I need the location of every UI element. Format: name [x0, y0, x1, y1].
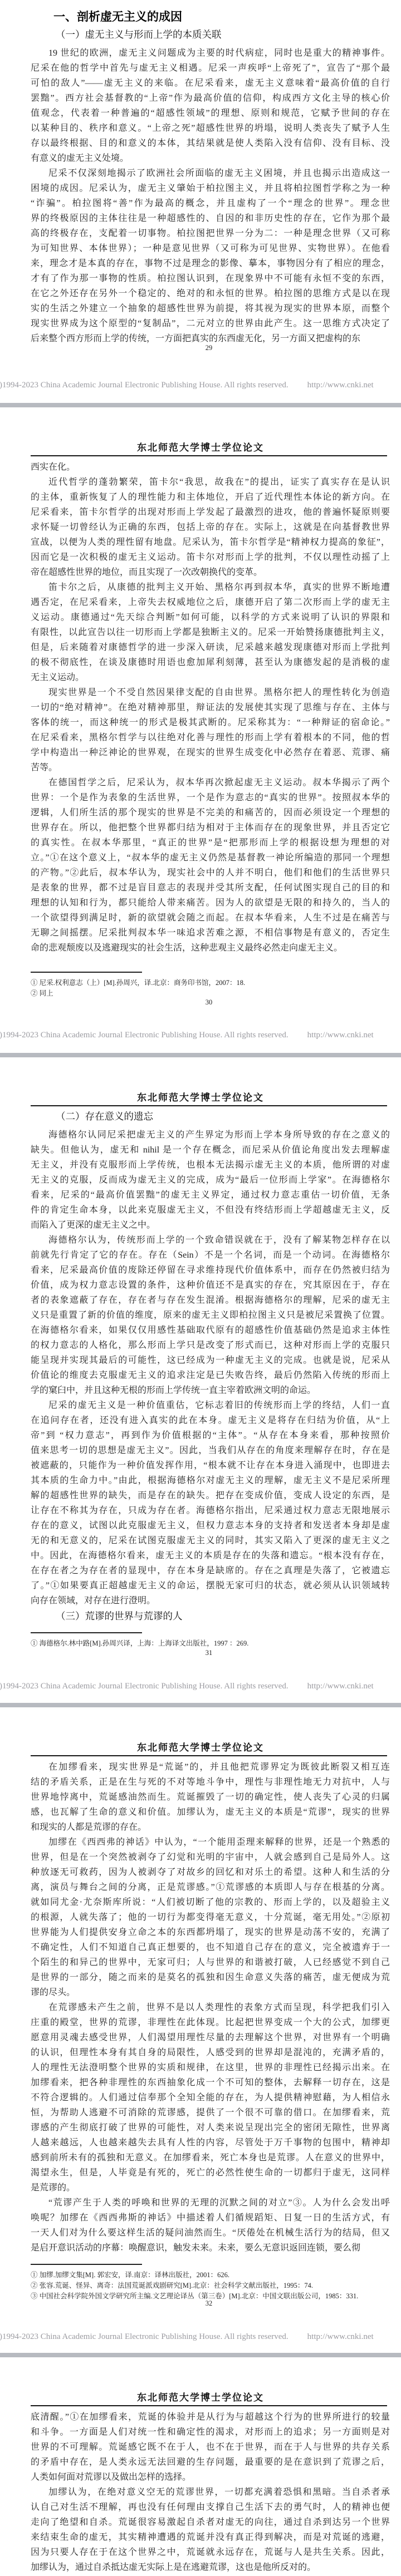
- text-line: 了。”①如果要真正超越虚无主义的命运，摆脱无家可归的状态，就必须从认识领域转: [31, 1578, 390, 1593]
- paragraph: 海德格尔认同尼采把虚无主义的产生界定为形而上学本身所导致的存在之意义的缺失。但他…: [31, 1127, 390, 1233]
- text-line: 无主义，并没有克服形而上学传统，也根本无法揭示虚无主义的本质，他所谓的对虚: [31, 1158, 390, 1173]
- text-line: 学的窠臼中，并且这种无根的形而上学传统一直主宰着欧洲文明的命运。: [31, 1383, 390, 1398]
- page-number: 31: [31, 1649, 387, 1657]
- page-header-title: 东北师范大学博士学位论文: [0, 1742, 401, 1754]
- watermark-text: (C)1994-2023 China Academic Journal Elec…: [0, 1031, 288, 1040]
- text-line: 加缪看来，把各种非理性的东西抽象化成一个不可知的整体，去解释一切存在，这是: [31, 2075, 390, 2090]
- watermark-text: (C)1994-2023 China Academic Journal Elec…: [0, 381, 288, 390]
- text-line: 学中构造出一种泛神论的世界观，在现实的世界生成变化中必然存在着恶、荒谬、痛: [31, 745, 390, 760]
- text-line: 在荒谬感未产生之前，世界不是以人类理性的表象方式而呈现，科学把我们引入: [31, 2000, 390, 2015]
- text-line: 价值，成为权力意志设置的条件，这种价值还不是真实的存在，究其原因在于，存在: [31, 1278, 390, 1293]
- text-line: 一切的“绝对精神”。在绝对精神那里，辩证法的发展使其实现了思维与存在、主体与: [31, 700, 390, 715]
- document-page: 东北师范大学博士学位论文在加缪看来，现实世界是“荒诞”的，并且他把荒谬界定为既彼…: [0, 1707, 401, 2353]
- text-line: 的权力意志的人格化，那么形而上学只是改变了形式而已，这种对形而上学的克服只: [31, 1338, 390, 1353]
- watermark-text: (C)1994-2023 China Academic Journal Elec…: [0, 1682, 288, 1691]
- document-page: 一、剖析虚无主义的成因（一）虚无主义与形而上学的本质关联19 世纪的欧洲，虚无主…: [0, 0, 401, 403]
- text-line: 义运动。康德通过“先天综合判断”如何可能，以科学的方式来说明了认识的界限和: [31, 610, 390, 625]
- text-line: 存以最终根据、目的和意义的本体，其结果就是使人类陷入没有信仰、没有目标、没: [31, 136, 390, 151]
- text-line: 感到前所未有的孤独和无意义。在加缪看来，死亡本身也是荒谬。人在意义的世界中，: [31, 2150, 390, 2165]
- text-line: 是荒谬的。: [31, 2180, 390, 2195]
- text-line: 立。”①在这个意义上，“叔本华的虚无主义仍然是基督教一神论所编造的那同一个理想: [31, 850, 390, 865]
- text-line: 19 世纪的欧洲，虚无主义问题成为主要的时代病症，同时也是重大的精神事件。: [31, 46, 390, 61]
- footnote: ① 海德格尔.林中路[M].孙周兴译，上海：上海译文出版社，1997 ：269.: [31, 1638, 390, 1649]
- watermark-url: http://www.cnki.net: [307, 381, 374, 390]
- text-line: 在德国哲学之后，尼采认为，叔本华再次掀起虚无主义运动。叔本华揭示了两个: [31, 775, 390, 790]
- text-line: 有意义的虚无主义处境。: [31, 151, 390, 166]
- text-line: 而陷入了更深的虚无主义之中。: [31, 1218, 390, 1233]
- text-line: 无主义运动。: [31, 670, 390, 685]
- watermark-url: http://www.cnki.net: [307, 1682, 374, 1691]
- footnote-rule: [31, 1632, 142, 1633]
- text-line: 是表象的世界，都不过是盲目意志的表现并受其所支配，任何试图实现自己的目的和: [31, 880, 390, 895]
- footnote-rule: [31, 972, 142, 973]
- text-line: 加缪认为，在绝对意义空无的荒谬世界，一切都充满着恐惧和黑暗。当自杀者承: [31, 2485, 390, 2500]
- text-line: 世界地悖离中，荒诞感油然而生。荒诞摧毁了一切的确定性，使人丧失了心灵的归属: [31, 1790, 390, 1805]
- page-header-title: 东北师范大学博士学位论文: [0, 1092, 401, 1104]
- text-line: 不符合逻辑的。人们通过信奉那个全知全能的存在，为人提供精神慰藉，为人相信永: [31, 2090, 390, 2105]
- text-line: 世界，但是在一个突然被剥夺了幻觉和光明的宇宙中，人就会感到自己是局外人。这: [31, 1850, 390, 1865]
- section-heading: （一）虚无主义与形而上学的本质关联: [56, 28, 401, 41]
- text-line: 底清醒。”①在加缪看来，荒诞的体验并是从行为与超越这个行为的世界所进行的较量: [31, 2410, 390, 2425]
- paragraph: 19 世纪的欧洲，虚无主义问题成为主要的时代病症，同时也是重大的精神事件。尼采在…: [31, 46, 390, 166]
- text-line: 尼采在他的哲学中首先与虚无主义相遇。尼采一声疾呼“上帝死了”，宣告了“那个最: [31, 61, 390, 76]
- text-line: 理想的认知和行为，都只能给人带来痛苦。因为人的欲望是无限的和持久的，当人的: [31, 895, 390, 910]
- text-line: 的产物。”②此后，叔本华认为，现实社会中的人并不明白，他们和他们的生活世界只: [31, 865, 390, 880]
- document-page: 东北师范大学博士学位论文（二）存在意义的遗忘海德格尔认同尼采把虚无主义的产生界定…: [0, 1057, 401, 1703]
- text-line: 不确定性，人们不知道自己真正想要的，也不知道自己存在的意义，完全被遗弃于一: [31, 1940, 390, 1955]
- text-line: 的真实性。在叔本华那里，“真正的世界”是“把那形而上学的根据设想为理想的对: [31, 835, 390, 850]
- watermark-text: (C)1994-2023 China Academic Journal Elec…: [0, 2332, 288, 2341]
- page-separator: [0, 1053, 401, 1057]
- text-line: 在加缪看来，现实世界是“荒诞”的，并且他把荒谬界定为既彼此断裂又相互连: [31, 1760, 390, 1775]
- page-separator: [0, 403, 401, 407]
- paragraph: 在德国哲学之后，尼采认为，叔本华再次掀起虚无主义运动。叔本华揭示了两个世界：一个…: [31, 775, 390, 955]
- paragraph: 尼采的虚无主义是一种价值重估，它标志着旧的传统形而上学的终结，人们一直在追问存在…: [31, 1398, 390, 1608]
- page-number: 29: [31, 344, 387, 352]
- text-line: 个陌生的和异己的世界中，无家可归；人与世界的和谐被打破，人已经感觉不到自己: [31, 1955, 390, 1970]
- text-line: 海德格尔认同尼采把虚无主义的产生界定为形而上学本身所导致的存在之意义的: [31, 1127, 390, 1142]
- cnki-watermark: (C)1994-2023 China Academic Journal Elec…: [0, 2332, 374, 2342]
- document-page: 东北师范大学博士学位论文西实在化。近代哲学的蓬勃繁荣，笛卡尔“我思，故我在”的提…: [0, 407, 401, 1053]
- text-line: 就如同尤金·尤奈斯库所说：“人们被切断了他的宗教的、形而上学的，以及超验主义: [31, 1895, 390, 1910]
- text-line: 的矛盾中存在，是人类永远无法回避的生存问题，最重要的是在意识到了荒谬之后，: [31, 2455, 390, 2470]
- text-line: 人类如何面对荒谬以及做出怎样的选择。: [31, 2470, 390, 2485]
- paragraph: 底清醒。”①在加缪看来，荒诞的体验并是从行为与超越这个行为的世界所进行的较量和斗…: [31, 2410, 390, 2485]
- paragraph: 在加缪看来，现实世界是“荒诞”的，并且他把荒谬界定为既彼此断裂又相互连结的矛盾关…: [31, 1760, 390, 1835]
- text-line: 现实世界成为这个原型的“复制品”，二元对立的世界由此产生。这一思维方式决定了: [31, 316, 390, 331]
- text-line: 帝在超感性世界的地位，而且实现了一次改朝换代的变革。: [31, 565, 390, 580]
- text-line: 逻辑，人们所生活的那个现实的世界是不完美的和痛苦的，因而必须设定一个理想的: [31, 805, 390, 820]
- text-line: 是世界的一部分，随之而来的是莫名的孤独和因生命意义失落的痛苦，虚无便成为荒: [31, 1970, 390, 1985]
- text-line: 加缪认为，通过自杀抵达虚无实际上是在逃避荒谬，这也是他所反对的。: [31, 2560, 390, 2575]
- text-line: 谬感的产生彻底打破了世界的可能性，对人类来说呈现出完全的密闭无隙性，世界离: [31, 2120, 390, 2135]
- cnki-watermark: (C)1994-2023 China Academic Journal Elec…: [0, 1682, 374, 1691]
- text-line: 无主义的克服，反而成为虚无主义的完成，成为“最后一位形而上学家”。在海德格尔: [31, 1173, 390, 1188]
- cnki-watermark: (C)1994-2023 China Academic Journal Elec…: [0, 1031, 374, 1040]
- text-line: 才有了作为那一事物的性质。柏拉图认识到，在现象界中不可能有永恒不变的东西，: [31, 271, 390, 286]
- text-line: 的极不彻底性，在谈及康德时用语也愈加犀利刻薄，甚至认为康德发起的是消极的虚: [31, 655, 390, 670]
- text-line: “诈骗”。柏拉图将“善”作为最高的概念，并且虚构了一个“理念的世界”。理念世: [31, 196, 390, 211]
- text-line: 一个欲望得到满足时，新的欲望就会随之而起。在叔本华看来，人生不过是在痛苦与: [31, 910, 390, 925]
- text-line: 让存在不称其为存在，只成为存在者。海德格尔指出，尼采通过权力意志无限地展示: [31, 1503, 390, 1518]
- text-line: 唤呢？加缪在《西西弗斯的神话》中描述着人们循规蹈矩、日复一日的生活方式，有: [31, 2210, 390, 2225]
- text-line: 种放逐无可救药，因为人被剥夺了对故乡的回忆和对乐土的希望。这种人和生活的分: [31, 1865, 390, 1880]
- text-line: 海德格尔认为，传统形而上学的一个致命错误就在于，没有了解某物怎样存在以: [31, 1233, 390, 1248]
- text-line: 罢黜”。西方社会基督教的“上帝”作为最高价值的信仰，构成西方文化主导的核心价: [31, 91, 390, 106]
- text-line: 在它之外还存在另外一个稳定的、绝对的和永恒的世界。柏拉图的思维方式是以在现: [31, 286, 390, 301]
- text-line: 加缪在《西西弗的神话》中认为，“一个能用歪理来解释的世界，还是一个熟悉的: [31, 1835, 390, 1850]
- text-line: 的根源，人就失落了；他的一切行为都变得毫无意义，十分荒诞，毫无用处。”②原初: [31, 1910, 390, 1925]
- text-line: 世界存在。所以，他把整个世界都归结为相对于主体而存在的现象世界，并且否定它: [31, 820, 390, 835]
- text-line: 在海德格尔看来，如果仅仅用感性基础取代原有的超感性价值基础仍然是追求主体性: [31, 1323, 390, 1338]
- footnote: ② 同上: [31, 988, 390, 999]
- footnote-area: ① 海德格尔.林中路[M].孙周兴译，上海：上海译文出版社，1997 ：269.: [31, 1632, 390, 1649]
- text-line: 恒，为帮助人逃避不可消除的荒谬感，提供了一个很不可靠的借口。在加缪看来，荒: [31, 2105, 390, 2120]
- text-line: 为可知世界、本体世界）；一种是意见世界（又可称为可见世界、实物世界）。在他看: [31, 241, 390, 256]
- text-line: 值来思考一切的思想是虚无主义”。因此，当我们从存在的角度来理解存在时，存在是: [31, 1443, 390, 1458]
- header-rule: [31, 2405, 387, 2406]
- text-line: 解的超感性世界的缺失，而是存在的缺失。把存在变成价值，变成人设定的东西，是: [31, 1488, 390, 1503]
- text-line: 能呈现并实现其最后的可能性，这已经成为一种虚无主义的完成。也就是说，尼采从: [31, 1353, 390, 1368]
- footnote-area: ① 尼采.权利意志（上）[M].孙周兴，译.北京：商务印书馆，2007：18.②…: [31, 972, 390, 999]
- cnki-watermark: (C)1994-2023 China Academic Journal Elec…: [0, 381, 374, 390]
- text-line: 尼采的虚无主义是一种价值重估，它标志着旧的传统形而上学的终结，人们一直: [31, 1398, 390, 1413]
- watermark-url: http://www.cnki.net: [307, 1031, 374, 1040]
- text-line: 认自己对生活不理解，再也没有任何理由支撑自己生活下去的勇气时，人的精神也便: [31, 2500, 390, 2515]
- text-line: 来，理念才是本真的存在，事物不过是理念的影像、摹本，事物因分有了相应的理念，: [31, 256, 390, 271]
- page-separator: [0, 2353, 401, 2357]
- paragraph: 现实世界是一个不受自然因果律支配的自由世界。黑格尔把人的理性转化为创造一切的“绝…: [31, 685, 390, 775]
- text-line: 在存在者之为存在者的显现中，存在本身是缺席的。存在之真理是失落了，它被遗忘: [31, 1563, 390, 1578]
- text-line: 遇否定，在尼采看来，上帝失去权威地位之后，康德开启了第二次形而上学的虚无主: [31, 595, 390, 610]
- text-line: 的主体，重新恢复了人的理性能力和主体地位，开启了近代理性本体论的新方向。在: [31, 490, 390, 505]
- footnote: ② 张容.荒诞、怪异、离奇：法国荒诞派戏剧研究[M].北京：社会科学文献出版社，…: [31, 2281, 390, 2291]
- text-line: 帝”到 “权力意志”，再到作为价值根据的“主体”。“从存在本身来看，那种按照价: [31, 1428, 390, 1443]
- text-line: 可怕的敌人”——虚无主义的来临。在尼采看来，虚无主义意味着“最高价值的自行: [31, 76, 390, 91]
- text-line: 世界的不可理解。荒诞感它既不在于人，也不在于世界，而在于人与世界的共存关系: [31, 2440, 390, 2455]
- text-line: 无的和无意义的，尼采在试图克服虚无主义的同时，其实又陷入了更深的虚无主义之: [31, 1533, 390, 1548]
- section-heading: （三）荒谬的世界与荒谬的人: [56, 1609, 401, 1623]
- text-line: 中。因此，在海德格尔看来，虚无主义的本质是存在的失落和遗忘。“根本没有存在，: [31, 1548, 390, 1563]
- text-line: 高的终极存在，支配着一切事物。柏拉图把世界一分为二：一种是理念世界（又可称: [31, 226, 390, 241]
- page-separator: [0, 1703, 401, 1707]
- header-rule: [31, 1105, 387, 1106]
- paragraph: 尼采不仅深刻地揭示了欧洲社会所面临的虚无主义困境，并且也揭示出造成这一困境的成因…: [31, 166, 390, 346]
- text-line: 来结束生命的虚无，其实精神遭遇的荒诞并没有真正得到解决，而是对荒诞的逃避，: [31, 2530, 390, 2545]
- page-header-title: 东北师范大学博士学位论文: [0, 2392, 401, 2404]
- text-line: 世界：一个是作为表象的生活世界，一个是作为意志的“真实的世界”。按照叔本华的: [31, 790, 390, 805]
- text-line: 愿意用灵魂去感受世界，人们渴望用理性尽量的去理解这个世界，对世界有一个明确: [31, 2030, 390, 2045]
- text-line: 走向了绝望和自杀。荒诞很容易激起自杀者对虚无的向往，通过自杀到达另一个世界: [31, 2515, 390, 2530]
- text-line: 界的终极原因的主体往往是一种超感性的、自因的和非历史性的存在，它作为那个最: [31, 211, 390, 226]
- text-line: 向存在领域，对存在进行澄明。: [31, 1593, 390, 1608]
- footnote-rule: [31, 2264, 142, 2265]
- paragraph: 海德格尔认为，传统形而上学的一个致命错误就在于，没有了解某物怎样存在以前就先行肯…: [31, 1233, 390, 1398]
- text-line: 但是，后来随着对康德哲学的进一步深入研读，尼采越来越发现康德对形而上学批判: [31, 640, 390, 655]
- text-line: 价值论的维度去克服虚无主义的追求注定是已失败告终，最后仍然陷入传统的形而上: [31, 1368, 390, 1383]
- text-line: 在追问存在者，还没有进入真实的此在本身。虚无主义是将存在归结为价值，从“上: [31, 1413, 390, 1428]
- text-line: “荒谬产生于人类的呼唤和世界的无理的沉默之间的对立”③。人为什么会发出呼: [31, 2195, 390, 2210]
- footnote: ① 尼采.权利意志（上）[M].孙周兴，译.北京：商务印书馆，2007：18.: [31, 978, 390, 988]
- text-line: 困境的成因。尼采认为，虚无主义肇始于柏拉图主义，并且将柏拉图哲学称之为一种: [31, 181, 390, 196]
- document-viewer: 一、剖析虚无主义的成因（一）虚无主义与形而上学的本质关联19 世纪的欧洲，虚无主…: [0, 0, 401, 2576]
- paragraph: 在荒谬感未产生之前，世界不是以人类理性的表象方式而呈现，科学把我们引入庄重的殿堂…: [31, 2000, 390, 2195]
- text-line: 尼采不仅深刻地揭示了欧洲社会所面临的虚无主义困境，并且也揭示出造成这一: [31, 166, 390, 181]
- text-line: 渴望永生，但是，人毕竟是有死的，死亡的必然性使生命的一切都归于虚无，这同样: [31, 2165, 390, 2180]
- text-line: 谬的尽头。: [31, 1985, 390, 2000]
- text-line: 缺失。但他认为，虚无和 nihil 是一个存在概念，而尼采从价值论角度出发去理解…: [31, 1142, 390, 1158]
- text-line: 看来，尼采最高价值的废除还停留在寻求维持现代价值体系中，而存在仍然被归结为: [31, 1263, 390, 1278]
- page-number: 32: [31, 2299, 387, 2308]
- text-line: 结的矛盾关系，正是在生与死的不对等地斗争中，理性与非理性地无力对抗中，人与: [31, 1775, 390, 1790]
- text-line: 现实世界是一个不受自然因果律支配的自由世界。黑格尔把人的理性转化为创造: [31, 685, 390, 700]
- text-line: 命的悲观颓废以及逃避现实的社会生活，这种悲观主义最终必然走向虚无主义。: [31, 940, 390, 955]
- text-line: 有限性，以此宣告以往一切形而上学都是独断主义的。尼采一开始赞扬康德批判主义，: [31, 625, 390, 640]
- text-line: 是启开意识活动的序幕：唤醒意识，触发未来。未来，要么无意识返回连锁，要么彻: [31, 2240, 390, 2255]
- text-line: 以某种目的、秩序和意义。“上帝之死”超感性世界的坍塌，说明人类丧失了赋予人生: [31, 121, 390, 136]
- text-line: 求怀疑一切曾经认为正确的东西，包括上帝的存在。实际上，这就是在向基督教世界: [31, 520, 390, 535]
- text-line: 客体的统一，而这种统一的形式是极其武断的。尼采称其为：“一种辩证的宿命论。”: [31, 715, 390, 730]
- text-line: 在尼采看来，黑格尔哲学与以往绝对化善与理性的形而上学有着根本的不同，他的哲: [31, 730, 390, 745]
- text-line: 和现实的人都是荒谬的存在。: [31, 1820, 390, 1835]
- text-line: 存在的意义，试图以此克服虚无主义，但权力意志本身的支持者和发送者本身却是虚: [31, 1518, 390, 1533]
- text-line: 和斗争。一方面是人们对统一性和确定性的渴求，对形而上的追求；另一方面则是对: [31, 2425, 390, 2440]
- text-line: 世界能为人们提供安身立命之本的东西都坍塌了，现实的世界是动荡不安的，充满了: [31, 1925, 390, 1940]
- text-line: 宣战，以便为人类的理性留有地盘。尼采认为，笛卡尔哲学是“精神权力提高的象征”，: [31, 535, 390, 550]
- text-line: 离，演员与舞台之间的分离，正是荒谬感。”①荒谬感的本质即人与存在根基的分离。: [31, 1880, 390, 1895]
- paragraph: 近代哲学的蓬勃繁荣，笛卡尔“我思，故我在”的提出，证实了真实存在是认识的主体，重…: [31, 475, 390, 580]
- text-line: 件的肯定生命本身，以此来克服虚无主义，不但没有终结形而上学超越虚无主义，反: [31, 1203, 390, 1218]
- text-line: 人越来越远，人也越来越失去具有人性的内容，尽管处于万千事物的包围中，精神却: [31, 2135, 390, 2150]
- text-line: 庄重的殿堂，世界的荒谬，非理性在此体现。比起把世界变成一个大的公式，加缪更: [31, 2015, 390, 2030]
- page-stack: 一、剖析虚无主义的成因（一）虚无主义与形而上学的本质关联19 世纪的欧洲，虚无主…: [0, 0, 401, 2576]
- footnote-area: ① 加缪.加缪文集[M]. 郭宏安，译.南京：译林出版社，2001：626.② …: [31, 2264, 390, 2302]
- text-line: 义只是重置了新的价值的维度，原来的虚无主义即柏拉图主义只是被尼采置换了位置。: [31, 1308, 390, 1323]
- text-line: 因而它是一次积极的虚无主义运动。笛卡尔对形而上学的批判，不仅以理性动摇了上: [31, 550, 390, 565]
- text-line: 被遮蔽的，只能作为一种价值发挥作用，“根本就不让存在本身进入涌现中，也即进去: [31, 1458, 390, 1473]
- text-line: 一天人们对为什么要这样生活的疑问油然而生。“厌倦处在机械生活行为的结局，但又: [31, 2225, 390, 2240]
- footnote: ① 加缪.加缪文集[M]. 郭宏安，译.南京：译林出版社，2001：626.: [31, 2270, 390, 2281]
- text-line: 的认识，但理性本身有其自身的局限性，人感受到的世界却是混沌的，充满矛盾的，: [31, 2045, 390, 2060]
- chapter-title: 一、剖析虚无主义的成因: [53, 9, 401, 26]
- header-rule: [31, 455, 387, 456]
- text-line: 实的生活之外建立一个抽象的超感性世界为前提，将其视为现实的世界本原，而整个: [31, 301, 390, 316]
- watermark-url: http://www.cnki.net: [307, 2332, 374, 2341]
- text-line: 苦等。: [31, 760, 390, 775]
- text-line: 者的表象遮蔽了存在，存在者与存在发生混淆。根据海德格尔的理解，尼采的虚无主: [31, 1293, 390, 1308]
- paragraph: 加缪认为，在绝对意义空无的荒谬世界，一切都充满着恐惧和黑暗。当自杀者承认自己对生…: [31, 2485, 390, 2575]
- paragraph: 笛卡尔之后，从康德的批判主义开始、黑格尔再到叔本华，真实的世界不断地遭遇否定，在…: [31, 580, 390, 685]
- text-line: 因为只要人存在于在这个世界之中，荒诞就永远存在，荒诞与人是共生关系。因此，: [31, 2545, 390, 2560]
- page-number: 30: [31, 998, 387, 1007]
- text-line: 看来，尼采的“最高价值罢黜”的虚无主义界定，通过权力意志重估一切价值，无条: [31, 1188, 390, 1203]
- text-line: 前就先行肯定了它的存在。存在（Sein）不是一个名词，而是一个动词。在海德格尔: [31, 1248, 390, 1263]
- paragraph: 加缪在《西西弗的神话》中认为，“一个能用歪理来解释的世界，还是一个熟悉的世界，但…: [31, 1835, 390, 2000]
- section-heading: （二）存在意义的遗忘: [56, 1110, 401, 1123]
- text-line: 西实在化。: [31, 460, 390, 475]
- paragraph: “荒谬产生于人类的呼唤和世界的无理的沉默之间的对立”③。人为什么会发出呼唤呢？加…: [31, 2195, 390, 2255]
- paragraph: 西实在化。: [31, 460, 390, 475]
- document-page: 东北师范大学博士学位论文底清醒。”①在加缪看来，荒诞的体验并是从行为与超越这个行…: [0, 2357, 401, 2576]
- text-line: 笛卡尔之后，从康德的批判主义开始、黑格尔再到叔本华，真实的世界不断地遭: [31, 580, 390, 595]
- text-line: 人的理性无法澄明整个世界的实质和规律，在这里，世界的非理性已经揭示出来。在: [31, 2060, 390, 2075]
- text-line: 感，也瓦解了生命的意义和价值。加缪认为，虚无主义的本质是“荒谬”，现实的世界: [31, 1805, 390, 1820]
- text-line: 近代哲学的蓬勃繁荣，笛卡尔“我思，故我在”的提出，证实了真实存在是认识: [31, 475, 390, 490]
- text-line: 值观念，代表着一种普遍的“超感性领域”的理想、原则和规范，它赋予世间的存在: [31, 106, 390, 121]
- page-header-title: 东北师范大学博士学位论文: [0, 442, 401, 454]
- header-rule: [31, 1755, 387, 1756]
- text-line: 尼采看来，笛卡尔哲学的出现对形而上学发起了最激烈的进攻，他的普遍怀疑原则要: [31, 505, 390, 520]
- text-line: 无聊之间摇摆。尼采批判叔本华一味追求苦难之源，不相信事物是有意义的，否定生: [31, 925, 390, 940]
- text-line: 其本质的生命力中。”由此，根据海德格尔对虚无主义的理解，虚无主义不是尼采所理: [31, 1473, 390, 1488]
